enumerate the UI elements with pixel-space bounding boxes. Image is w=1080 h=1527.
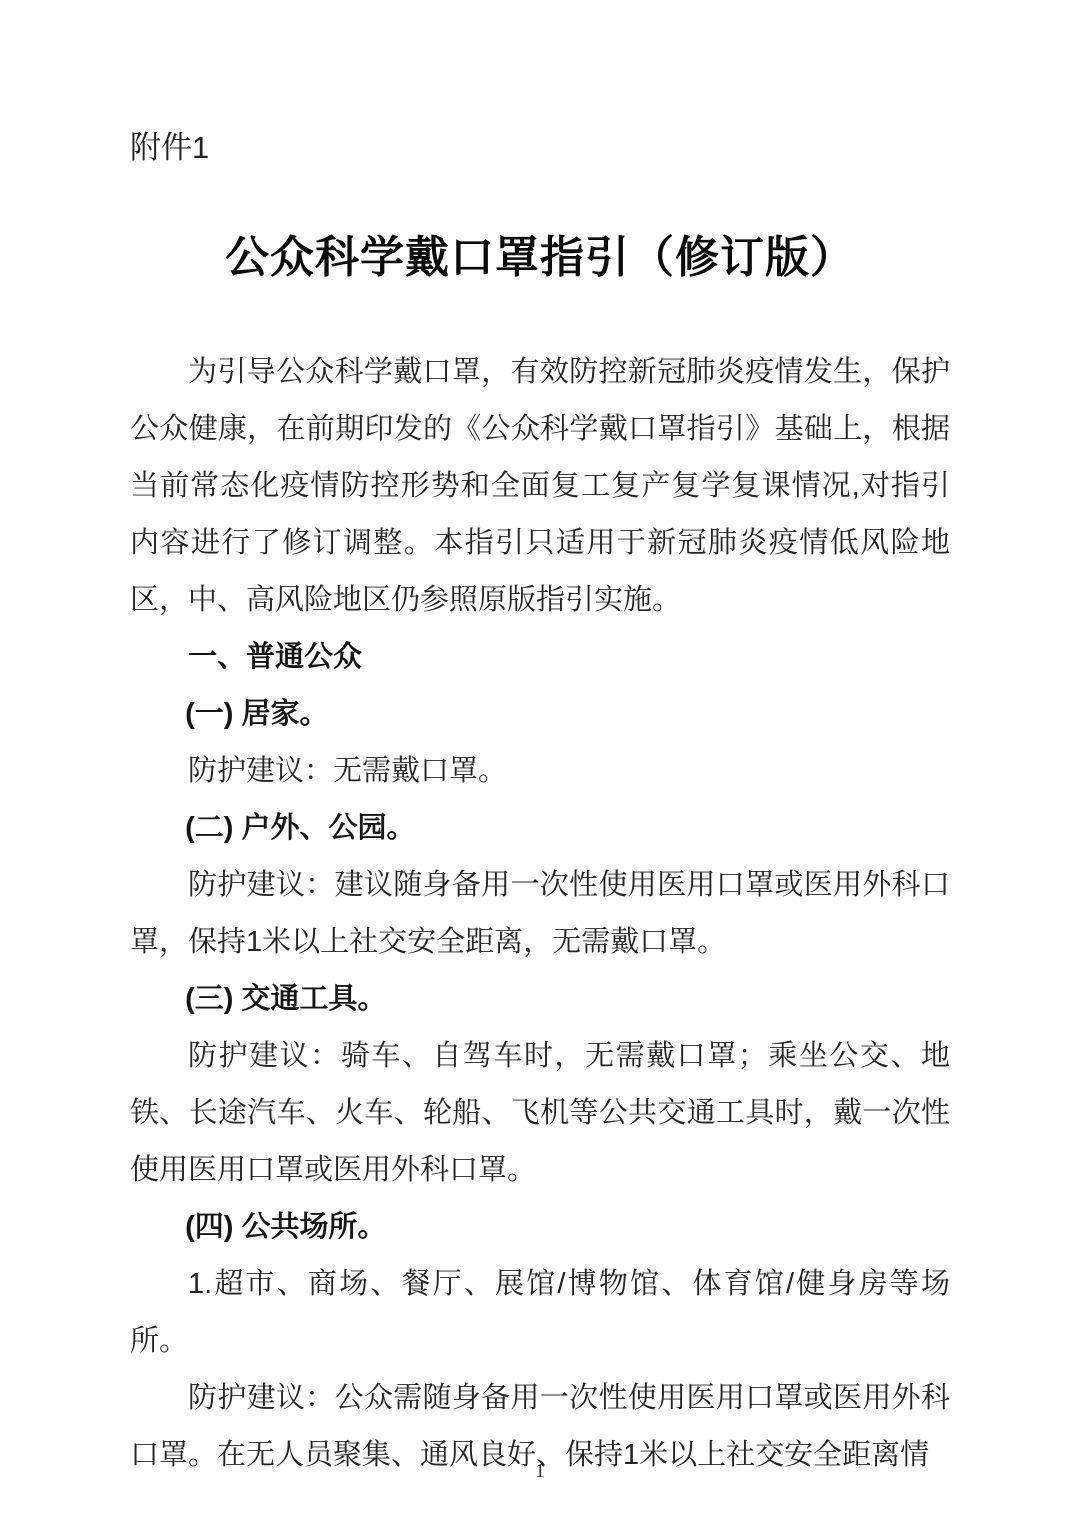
subsection-heading: (三) 交通工具。 xyxy=(130,971,950,1028)
paragraph: 防护建议：无需戴口罩。 xyxy=(130,743,950,800)
subsection-heading: (一) 居家。 xyxy=(130,686,950,743)
paragraph: 防护建议：骑车、自驾车时，无需戴口罩；乘坐公交、地铁、长途汽车、火车、轮船、飞机… xyxy=(130,1028,950,1199)
attachment-label: 附件1 xyxy=(130,128,950,168)
subsection-heading: (四) 公共场所。 xyxy=(130,1199,950,1256)
section-heading: 一、普通公众 xyxy=(130,629,950,686)
document-title: 公众科学戴口罩指引（修订版） xyxy=(130,228,950,288)
document-page: 附件1 公众科学戴口罩指引（修订版） 为引导公众科学戴口罩，有效防控新冠肺炎疫情… xyxy=(0,0,1080,1527)
subsection-heading: (二) 户外、公园。 xyxy=(130,800,950,857)
document-body: 为引导公众科学戴口罩，有效防控新冠肺炎疫情发生，保护公众健康，在前期印发的《公众… xyxy=(130,344,950,1484)
paragraph: 1.超市、商场、餐厅、展馆/博物馆、体育馆/健身房等场所。 xyxy=(130,1256,950,1370)
paragraph: 防护建议：建议随身备用一次性使用医用口罩或医用外科口罩，保持1米以上社交安全距离… xyxy=(130,857,950,971)
paragraph: 为引导公众科学戴口罩，有效防控新冠肺炎疫情发生，保护公众健康，在前期印发的《公众… xyxy=(130,344,950,629)
page-number: 1 xyxy=(0,1460,1080,1483)
